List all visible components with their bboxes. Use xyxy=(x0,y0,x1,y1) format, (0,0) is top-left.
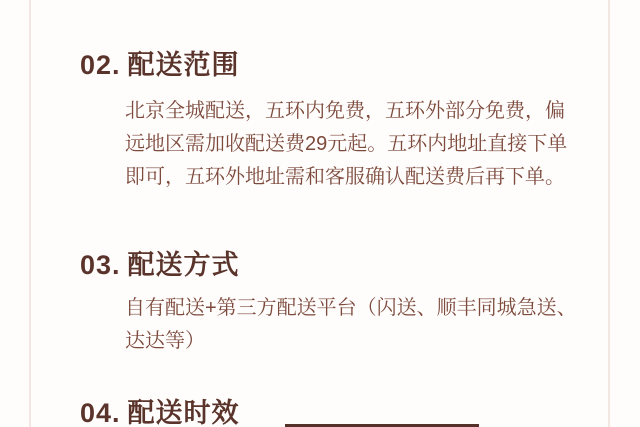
body-text-line: 即可，五环外地址需和客服确认配送费后再下单。 xyxy=(125,161,583,194)
left-border-line xyxy=(29,0,31,427)
body-text-line: 远地区需加收配送费29元起。五环内地址直接下单 xyxy=(125,128,583,161)
body-text-line: 达达等） xyxy=(125,325,583,358)
section-number: 04. xyxy=(80,398,121,427)
section-title: 配送时效 xyxy=(128,398,240,427)
section-heading-delivery-range: 02. 配送范围 xyxy=(80,50,240,80)
section-heading-delivery-method: 03. 配送方式 xyxy=(80,250,240,280)
section-number: 03. xyxy=(80,250,121,280)
delivery-info-page: 02. 配送范围 北京全城配送，五环内免费，五环外部分免费，偏 远地区需加收配送… xyxy=(0,0,640,427)
right-border-line xyxy=(608,0,610,427)
section-title: 配送方式 xyxy=(128,250,240,280)
section-body-delivery-method: 自有配送+第三方配送平台（闪送、顺丰同城急送、 达达等） xyxy=(125,292,583,358)
body-text-line: 自有配送+第三方配送平台（闪送、顺丰同城急送、 xyxy=(125,292,583,325)
body-text-line: 北京全城配送，五环内免费，五环外部分免费，偏 xyxy=(125,95,583,128)
section-number: 02. xyxy=(80,50,121,80)
section-title: 配送范围 xyxy=(128,50,240,80)
section-body-delivery-range: 北京全城配送，五环内免费，五环外部分免费，偏 远地区需加收配送费29元起。五环内… xyxy=(125,95,583,194)
section-heading-delivery-time: 04. 配送时效 xyxy=(80,398,240,427)
